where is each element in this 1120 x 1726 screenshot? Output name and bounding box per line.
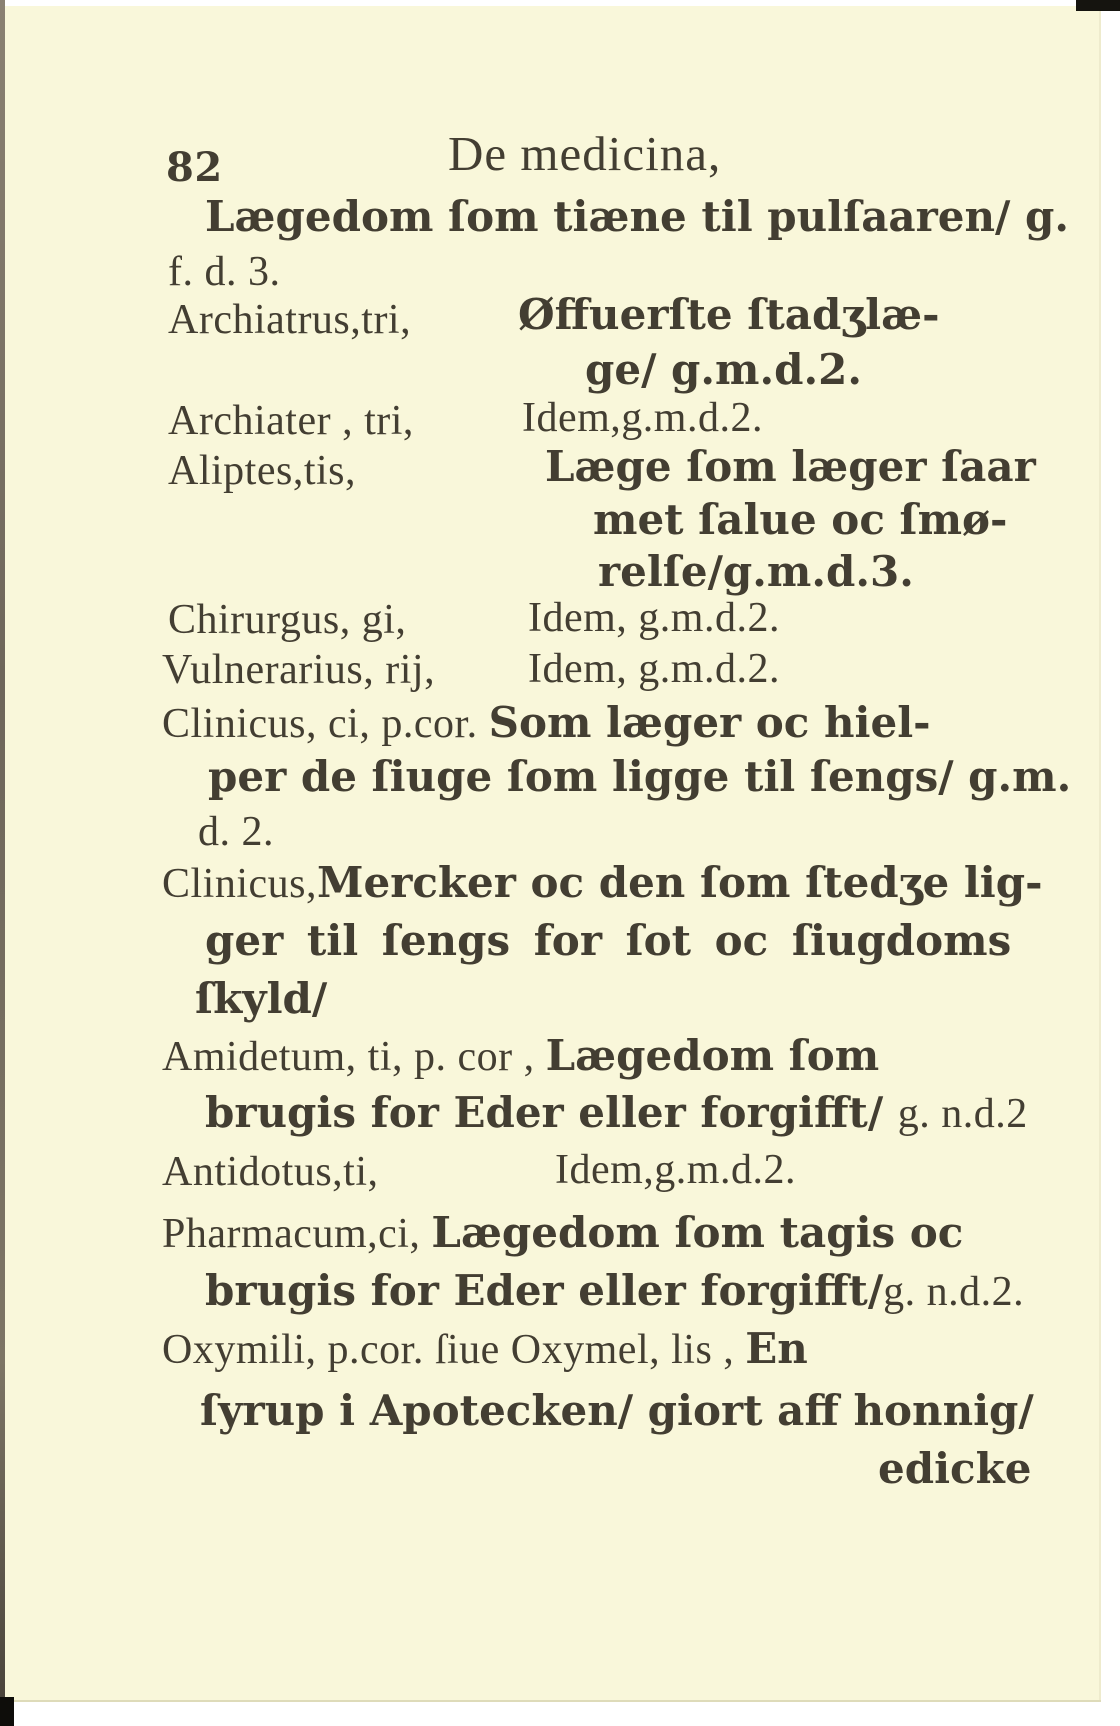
entry-def-clinicus-second-3: ſkyld/ — [195, 976, 327, 1021]
entry-term-chirurgus: Chirurgus, gi, — [168, 598, 406, 643]
entry-def-clinicus-first-3: d. 2. — [198, 810, 274, 855]
entry-def-archiatrus-1: Øffuerſte ſtadʒlæ- — [518, 292, 940, 337]
entry-line-clinicus-first: Clinicus, ci, p.cor. Som læger oc hiel- — [162, 700, 931, 747]
entry-term-oxymili: Oxymili, p.cor. ſiue Oxymel, lis , — [162, 1327, 745, 1373]
entry-def-archiater: Idem,g.m.d.2. — [522, 396, 763, 441]
entry-line-pharmacum: Pharmacum,ci, Lægedom ſom tagis oc — [162, 1210, 963, 1257]
scanned-book-page: 82 De medicina, Lægedom ſom tiæne til pu… — [0, 0, 1120, 1726]
entry-line-amidetum: Amidetum, ti, p. cor , Lægedom ſom — [162, 1033, 879, 1080]
entry-def-amidetum-2: brugis for Eder eller forgifft/ g. n.d.2 — [205, 1090, 1028, 1137]
entry-term-clinicus-first: Clinicus, ci, p.cor. — [162, 701, 489, 747]
entry-def-clinicus-first-2: per de ſiuge ſom ligge til ſengs/ g.m. — [208, 754, 1071, 799]
entry-def-oxymili-2: ſyrup i Apotecken/ giort aff honnig/ — [200, 1388, 1034, 1433]
entry-def-amidetum-2-roman: g. n.d.2 — [898, 1091, 1028, 1137]
entry-term-amidetum: Amidetum, ti, p. cor , — [162, 1034, 546, 1080]
entry-term-aliptes: Aliptes,tis, — [168, 449, 356, 494]
entry-def-chirurgus: Idem, g.m.d.2. — [528, 596, 780, 641]
scan-artifact-bottom-left — [0, 1697, 14, 1726]
entry-def-aliptes-1: Læge ſom læger ſaar — [545, 444, 1036, 489]
entry-term-archiater: Archiater , tri, — [168, 399, 414, 444]
entry-def-antidotus: Idem,g.m.d.2. — [555, 1148, 796, 1193]
entry-def-amidetum-1: Lægedom ſom — [546, 1031, 880, 1080]
page-number: 82 — [166, 146, 223, 189]
entry-def-amidetum-2-blackletter: brugis for Eder eller forgifft/ — [205, 1088, 898, 1137]
entry-def-aliptes-3: relſe/g.m.d.3. — [598, 549, 914, 594]
continuation-line-1: Lægedom ſom tiæne til pulſaaren/ g. — [205, 194, 1069, 239]
continuation-line-2: f. d. 3. — [168, 250, 281, 295]
entry-term-antidotus: Antidotus,ti, — [162, 1150, 379, 1195]
entry-def-pharmacum-2-blackletter: brugis for Eder eller forgifft/ — [205, 1266, 883, 1315]
entry-def-pharmacum-2-roman: g. n.d.2. — [883, 1269, 1024, 1315]
scan-left-edge-shadow — [0, 0, 5, 1702]
entry-line-oxymili: Oxymili, p.cor. ſiue Oxymel, lis , En — [162, 1326, 808, 1373]
entry-def-clinicus-second-1: Mercker oc den ſom ſtedʒe lig- — [317, 858, 1043, 907]
entry-line-clinicus-second: Clinicus,Mercker oc den ſom ſtedʒe lig- — [162, 860, 1043, 907]
entry-def-vulnerarius: Idem, g.m.d.2. — [528, 647, 780, 692]
entry-def-archiatrus-2: ge/ g.m.d.2. — [585, 347, 862, 392]
entry-def-aliptes-2: met ſalue oc ſmø- — [593, 497, 1007, 542]
entry-def-pharmacum-1: Lægedom ſom tagis oc — [431, 1208, 963, 1257]
entry-def-oxymili-1: En — [745, 1324, 808, 1373]
running-title: De medicina, — [448, 128, 721, 181]
entry-def-clinicus-first-1: Som læger oc hiel- — [489, 698, 931, 747]
entry-term-vulnerarius: Vulnerarius, rij, — [162, 648, 435, 693]
entry-def-oxymili-3-catchword: edicke — [878, 1446, 1031, 1491]
scan-artifact-top-right — [1076, 0, 1120, 11]
entry-term-clinicus-second: Clinicus, — [162, 861, 317, 907]
entry-term-archiatrus: Archiatrus,tri, — [168, 298, 411, 343]
entry-term-pharmacum: Pharmacum,ci, — [162, 1211, 431, 1257]
entry-def-clinicus-second-2: ger til ſengs for ſot oc ſiugdoms — [205, 918, 1011, 963]
entry-def-pharmacum-2: brugis for Eder eller forgifft/g. n.d.2. — [205, 1268, 1024, 1315]
